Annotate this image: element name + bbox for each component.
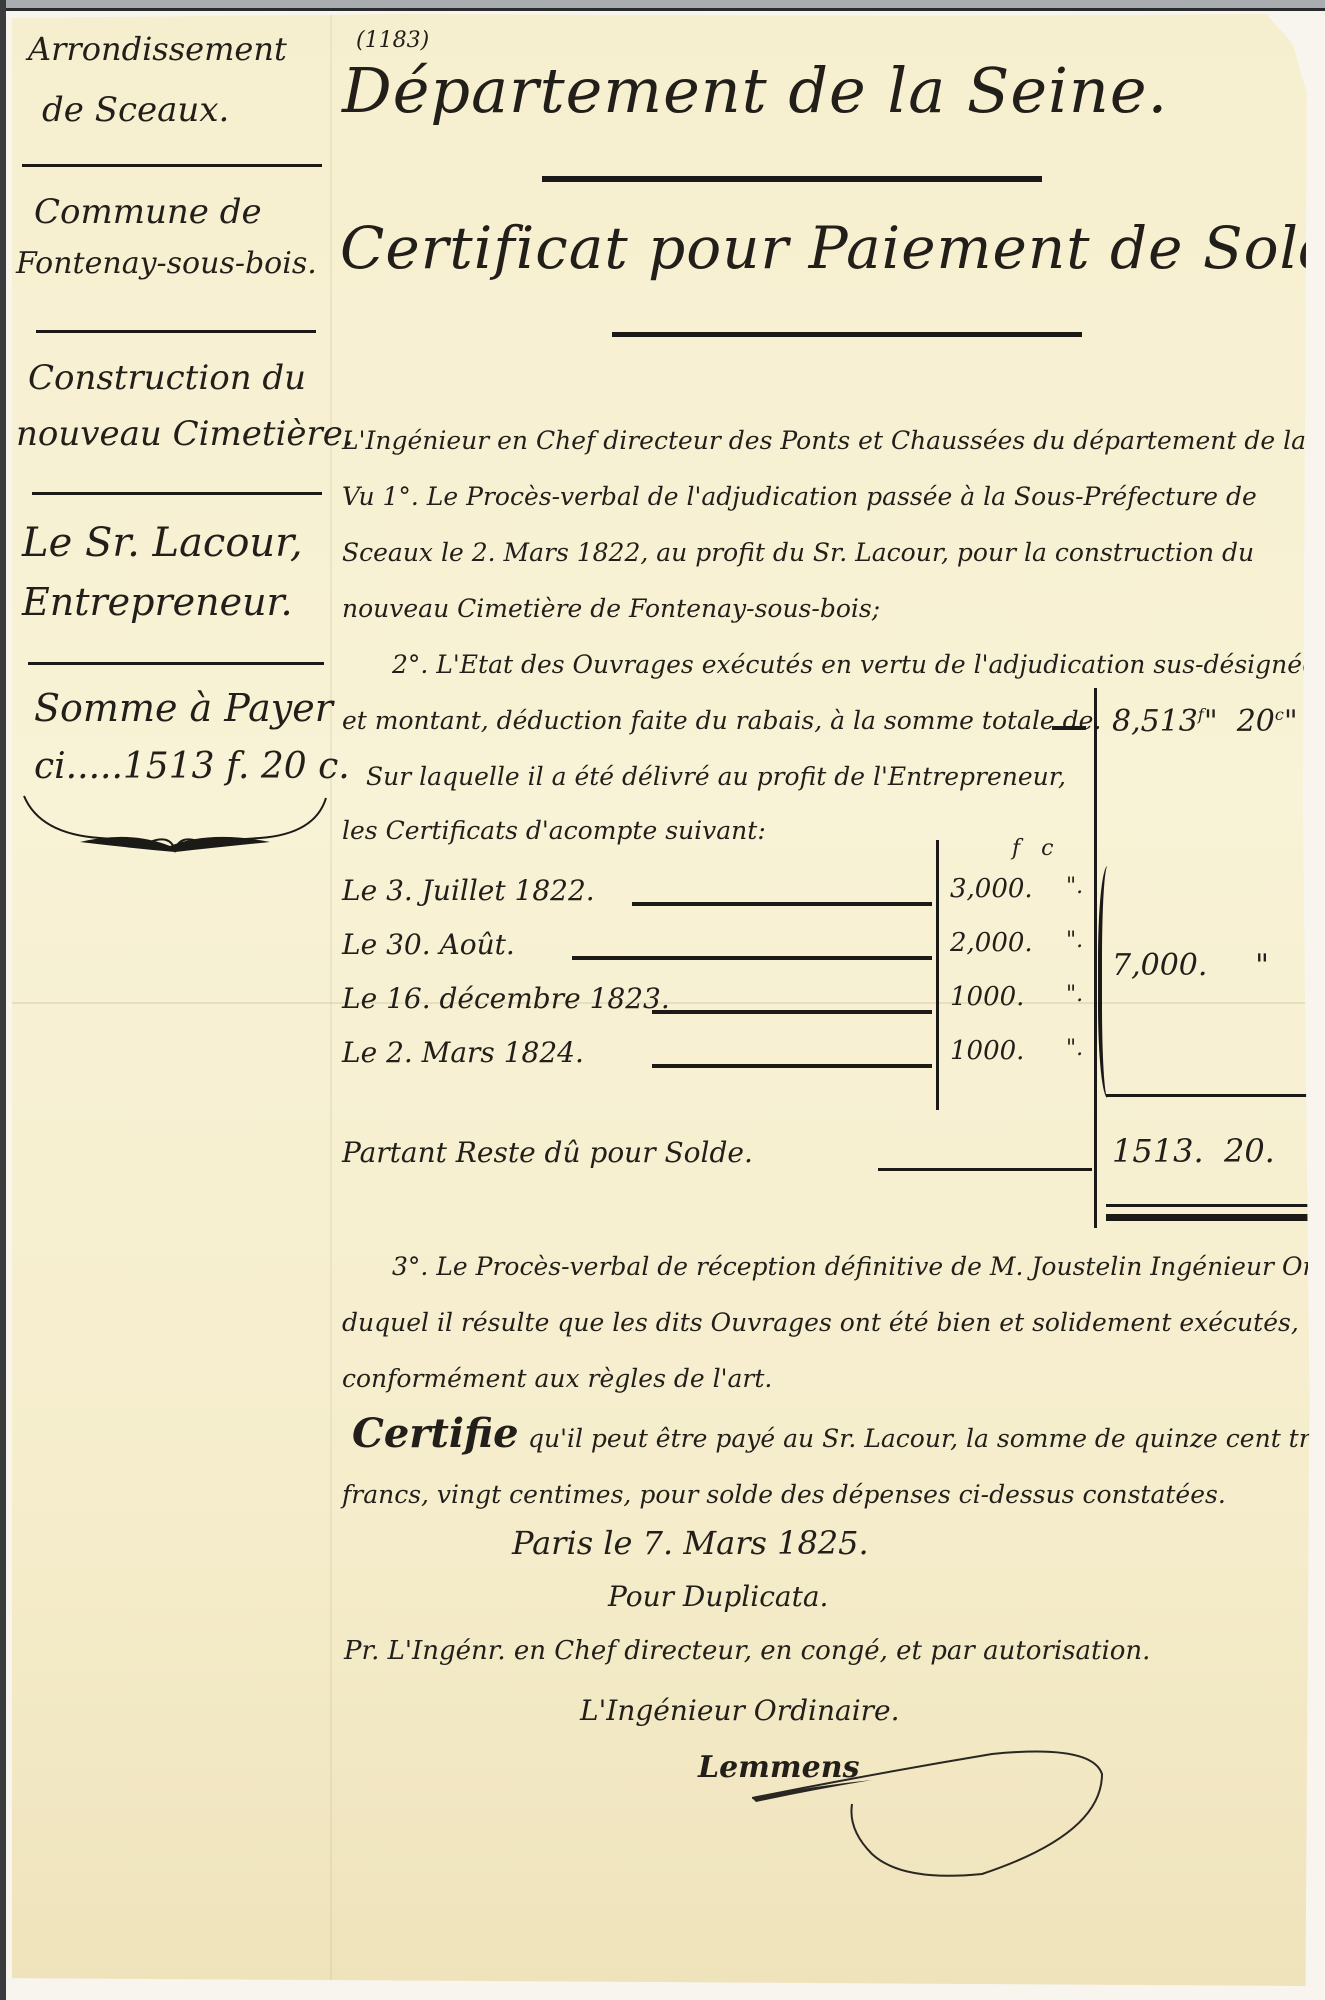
- acompte-francs: 1000.: [950, 1036, 1024, 1066]
- margin-rule: [22, 164, 322, 167]
- acompte-centimes: ".: [1066, 1036, 1083, 1061]
- authority-line: Pr. L'Ingénr. en Chef directeur, en cong…: [344, 1636, 1150, 1666]
- acompte-date: Le 3. Juillet 1822.: [342, 874, 595, 907]
- acomptes-total-centimes: ": [1255, 948, 1269, 983]
- margin-project-line1: Construction du: [28, 358, 306, 398]
- leader-rule: [878, 1168, 1092, 1171]
- acompte-intro-line: Sur laquelle il a été délivré au profit …: [366, 762, 1066, 791]
- centimes-unit-header: c: [1041, 836, 1053, 861]
- department-heading: Département de la Seine.: [342, 54, 1168, 127]
- margin-arrondissement-line2: de Sceaux.: [42, 90, 229, 130]
- francs-unit: f: [1198, 705, 1204, 724]
- centimes-unit: c: [1275, 705, 1284, 724]
- margin-rule: [28, 662, 324, 665]
- item3-line: duquel il résulte que les dits Ouvrages …: [342, 1308, 1299, 1337]
- leader-rule: [652, 1064, 932, 1068]
- place-date: Paris le 7. Mars 1825.: [512, 1524, 869, 1562]
- margin-amount-label: Somme à Payer: [34, 686, 333, 730]
- title-rule: [612, 332, 1082, 337]
- total-amount: 8,513f" 20c": [1112, 704, 1298, 739]
- item1-line: Sceaux le 2. Mars 1822, au profit du Sr.…: [342, 538, 1254, 567]
- leader-rule: [572, 956, 932, 960]
- certifie-line: francs, vingt centimes, pour solde des d…: [342, 1480, 1226, 1509]
- leader-rule: [632, 902, 932, 906]
- signature-flourish: [752, 1734, 1112, 1884]
- margin-commune-line2: Fontenay-sous-bois.: [16, 246, 317, 281]
- acompte-francs: 2,000.: [950, 928, 1033, 958]
- acompte-intro-line: les Certificats d'acompte suivant:: [342, 816, 766, 845]
- margin-contractor-line2: Entrepreneur.: [22, 580, 293, 624]
- item3-line: conformément aux règles de l'art.: [342, 1364, 772, 1393]
- acompte-centimes: ".: [1066, 928, 1083, 953]
- margin-rule: [32, 492, 322, 495]
- reference-number: (1183): [356, 28, 429, 53]
- acompte-francs: 1000.: [950, 982, 1024, 1012]
- acompte-date: Le 16. décembre 1823.: [342, 982, 670, 1015]
- totals-column-rule: [1094, 688, 1097, 1228]
- balance-bottom-rule: [1106, 1204, 1318, 1207]
- item1-line: Vu 1°. Le Procès-verbal de l'adjudicatio…: [342, 482, 1257, 511]
- acomptes-total-francs: 7,000.: [1112, 948, 1207, 983]
- total-francs: 8,513: [1112, 704, 1198, 739]
- duplicata-note: Pour Duplicata.: [608, 1580, 828, 1613]
- balance-francs: 1513.: [1112, 1132, 1204, 1170]
- item1-line: nouveau Cimetière de Fontenay-sous-bois;: [342, 594, 880, 623]
- francs-unit-header: f: [1012, 836, 1020, 861]
- balance-label: Partant Reste dû pour Solde.: [342, 1136, 753, 1169]
- total-centimes: 20: [1237, 704, 1275, 739]
- acompte-date: Le 30. Août.: [342, 928, 515, 961]
- acompte-centimes: ".: [1066, 982, 1083, 1007]
- balance-amount: 1513. 20.: [1112, 1132, 1275, 1170]
- margin-crease: [330, 14, 332, 1986]
- acomptes-column-rule: [936, 840, 939, 1110]
- balance-double-rule: [1106, 1214, 1318, 1221]
- acompte-units-header: f c: [1012, 836, 1053, 861]
- document-paper: (1183) Arrondissement de Sceaux. Commune…: [12, 14, 1312, 1986]
- item3-line: 3°. Le Procès-verbal de réception défini…: [392, 1252, 1325, 1281]
- item2-line: 2°. L'Etat des Ouvrages exécutés en vert…: [392, 650, 1325, 679]
- margin-flourish: [20, 794, 330, 854]
- margin-commune-line1: Commune de: [34, 192, 262, 232]
- leader-rule: [1052, 726, 1086, 730]
- acompte-centimes: ".: [1066, 874, 1083, 899]
- balance-centimes: 20.: [1224, 1132, 1275, 1170]
- heading-rule: [542, 176, 1042, 182]
- acompte-francs: 3,000.: [950, 874, 1033, 904]
- document-title: Certificat pour Paiement de Solde.: [340, 214, 1325, 282]
- acompte-date: Le 2. Mars 1824.: [342, 1036, 584, 1069]
- scan-frame-top: [0, 0, 1325, 8]
- certifie-line: qu'il peut être payé au Sr. Lacour, la s…: [528, 1424, 1325, 1453]
- margin-arrondissement-line1: Arrondissement: [28, 30, 287, 68]
- leader-rule: [652, 1010, 932, 1014]
- acomptes-total: 7,000. ": [1112, 948, 1269, 983]
- margin-project-line2: nouveau Cimetière.: [16, 414, 354, 454]
- margin-amount-value: ci.....1513 f. 20 c.: [34, 746, 350, 787]
- certifie-word: Certifie: [352, 1410, 519, 1457]
- item2-line: et montant, déduction faite du rabais, à…: [342, 706, 1101, 735]
- balance-top-rule: [1106, 1094, 1318, 1097]
- signatory-title: L'Ingénieur Ordinaire.: [580, 1694, 900, 1727]
- intro-line: L'Ingénieur en Chef directeur des Ponts …: [342, 426, 1325, 455]
- margin-rule: [36, 330, 316, 333]
- margin-contractor-line1: Le Sr. Lacour,: [22, 520, 303, 566]
